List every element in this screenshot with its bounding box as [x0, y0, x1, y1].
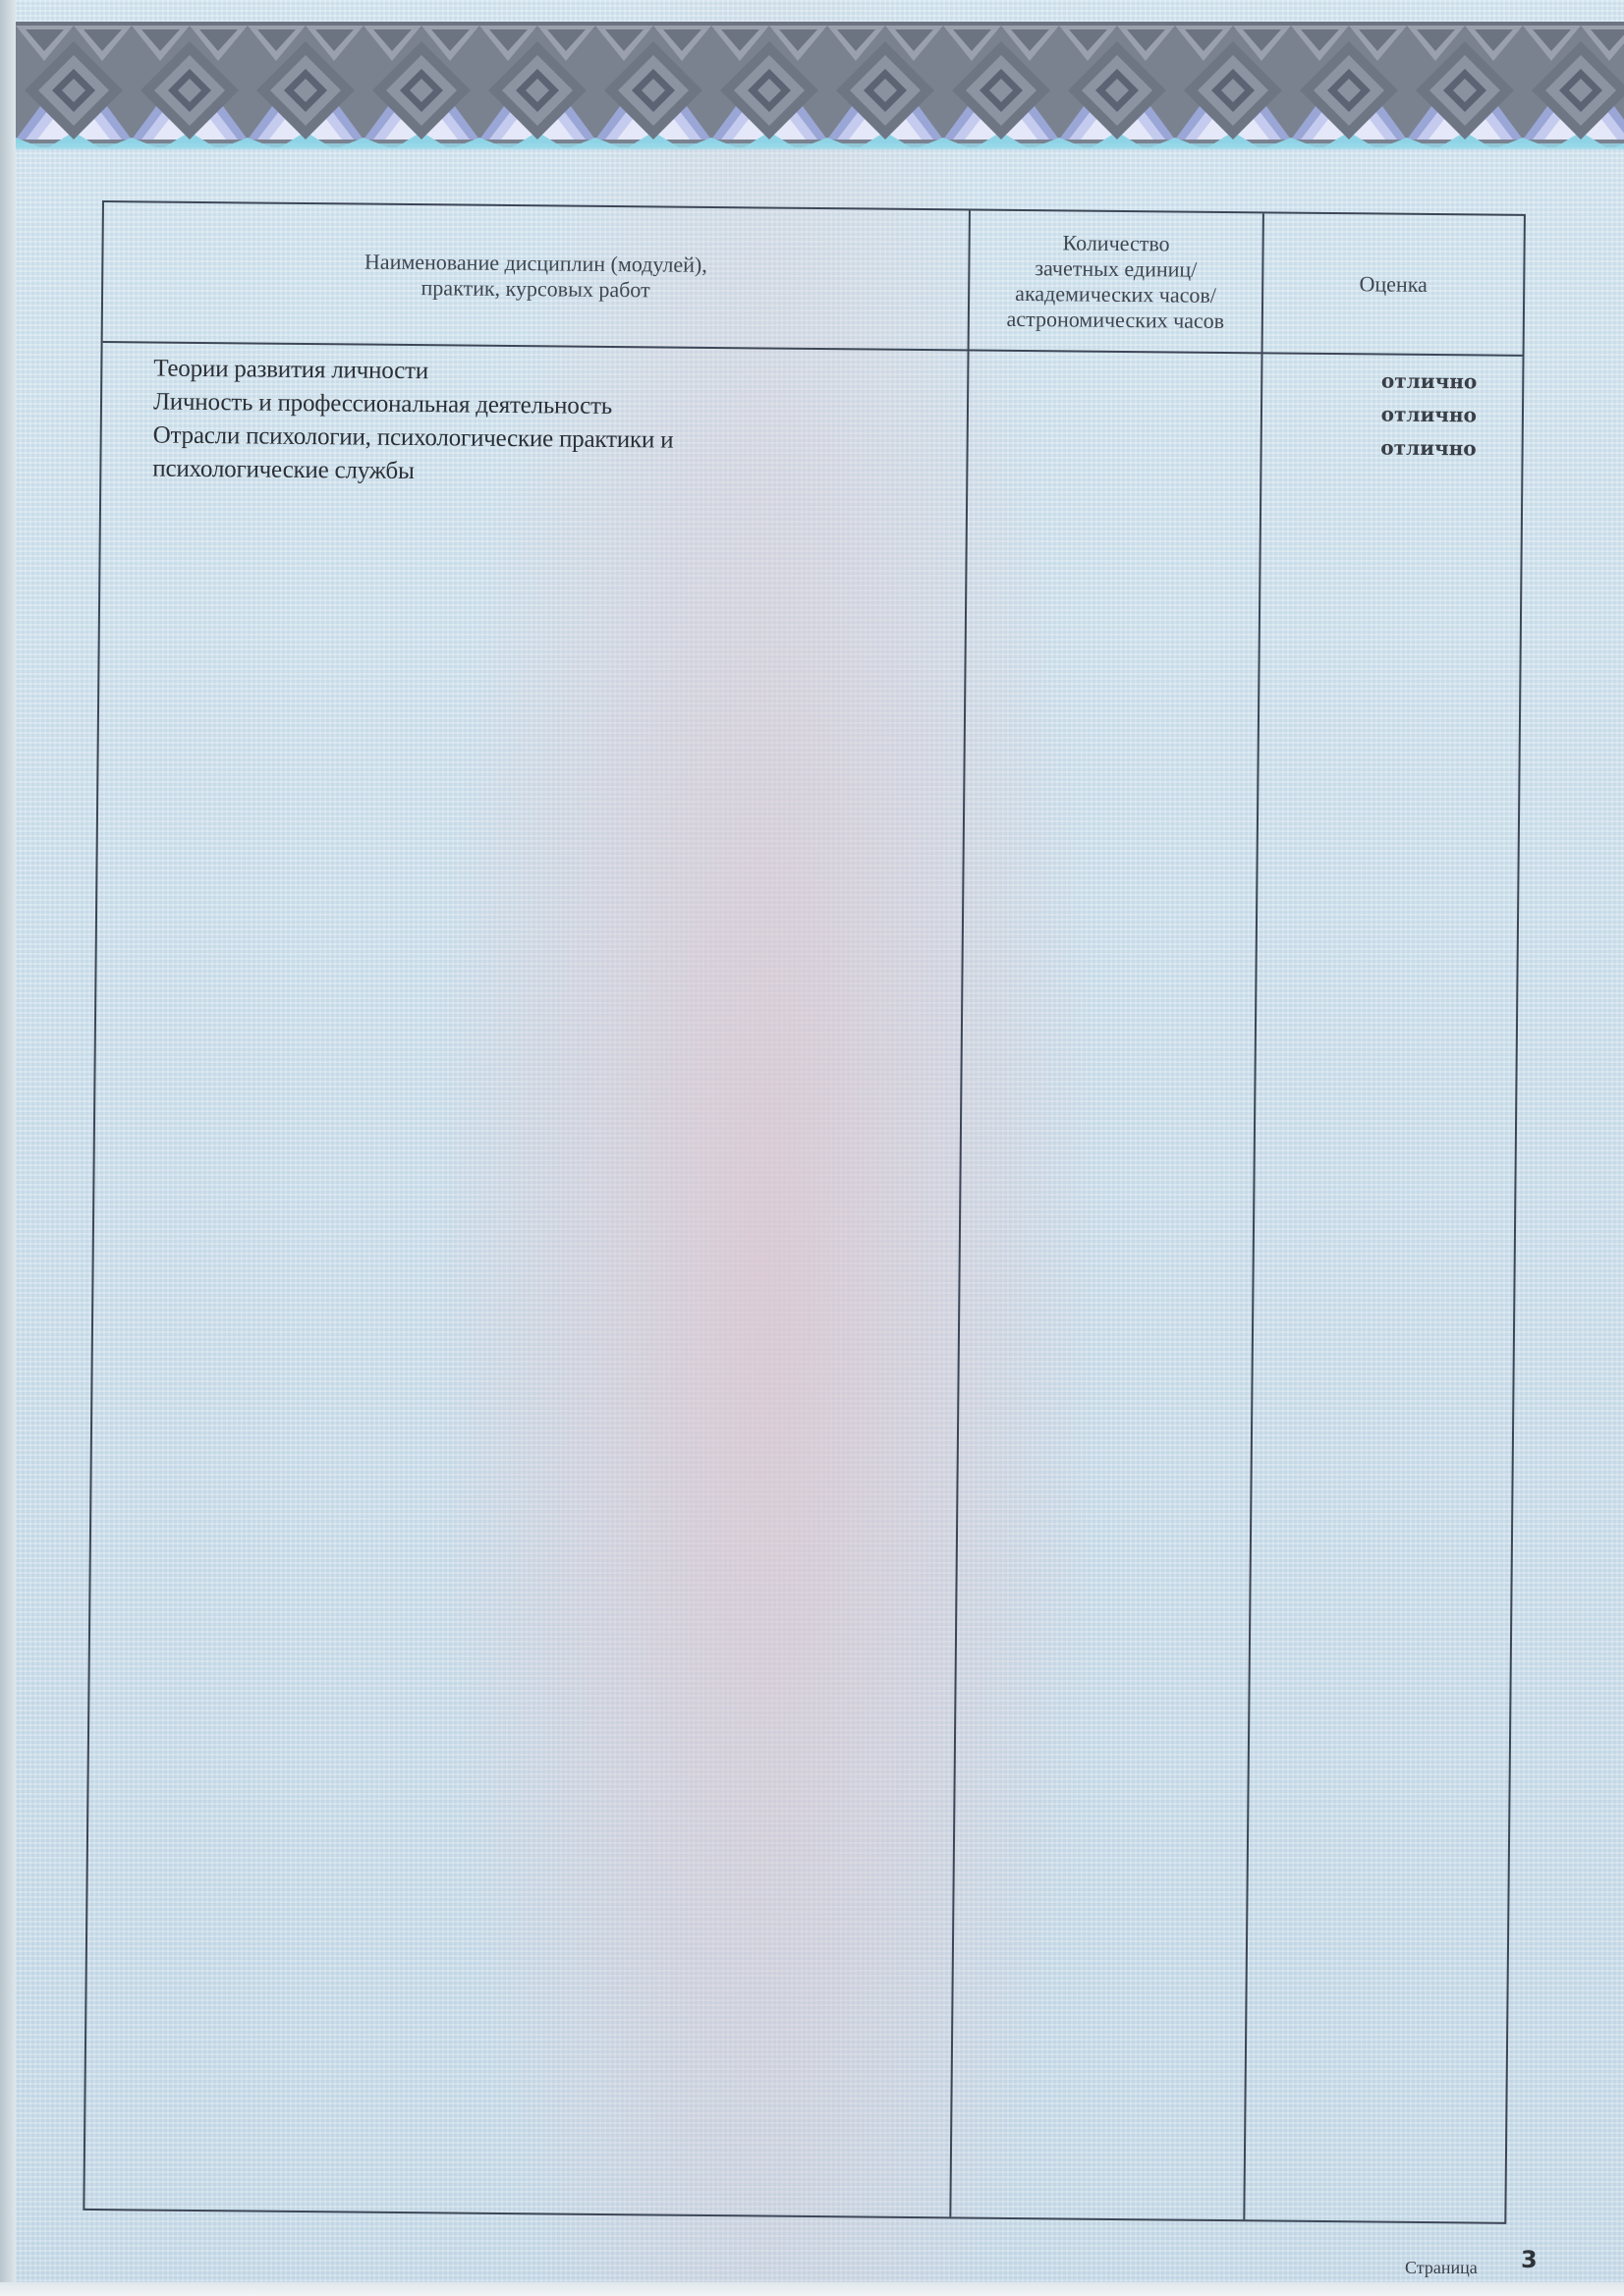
header-discipline-name-text: Наименование дисциплин (модулей), практи… [364, 249, 707, 303]
page-number: 3 [1521, 2246, 1538, 2273]
table-row-name: Отрасли психологии, психологические прак… [152, 420, 821, 493]
header-discipline-name: Наименование дисциплин (модулей), практи… [103, 202, 969, 349]
header-grade-text: Оценка [1359, 271, 1428, 298]
discipline-names-column: Теории развития личности Личность и проф… [152, 353, 939, 494]
header-credits-hours: Количество зачетных единиц/ академически… [970, 210, 1262, 352]
grades-column: отлично отлично отлично [1261, 363, 1522, 466]
scan-left-edge [0, 0, 16, 2296]
table-row-grade: отлично [1261, 429, 1476, 465]
column-divider [949, 210, 971, 2216]
header-grade: Оценка [1263, 213, 1524, 355]
column-divider [1243, 213, 1264, 2219]
scan-bottom-edge [0, 2282, 1624, 2296]
page-label: Страница [1405, 2258, 1478, 2278]
guilloche-security-band [16, 22, 1624, 159]
disciplines-table: Наименование дисциплин (модулей), практи… [83, 200, 1526, 2224]
table-row-grade: отлично [1262, 363, 1477, 398]
table-row-grade: отлично [1262, 396, 1477, 431]
header-credits-hours-text: Количество зачетных единиц/ академически… [1006, 229, 1225, 333]
